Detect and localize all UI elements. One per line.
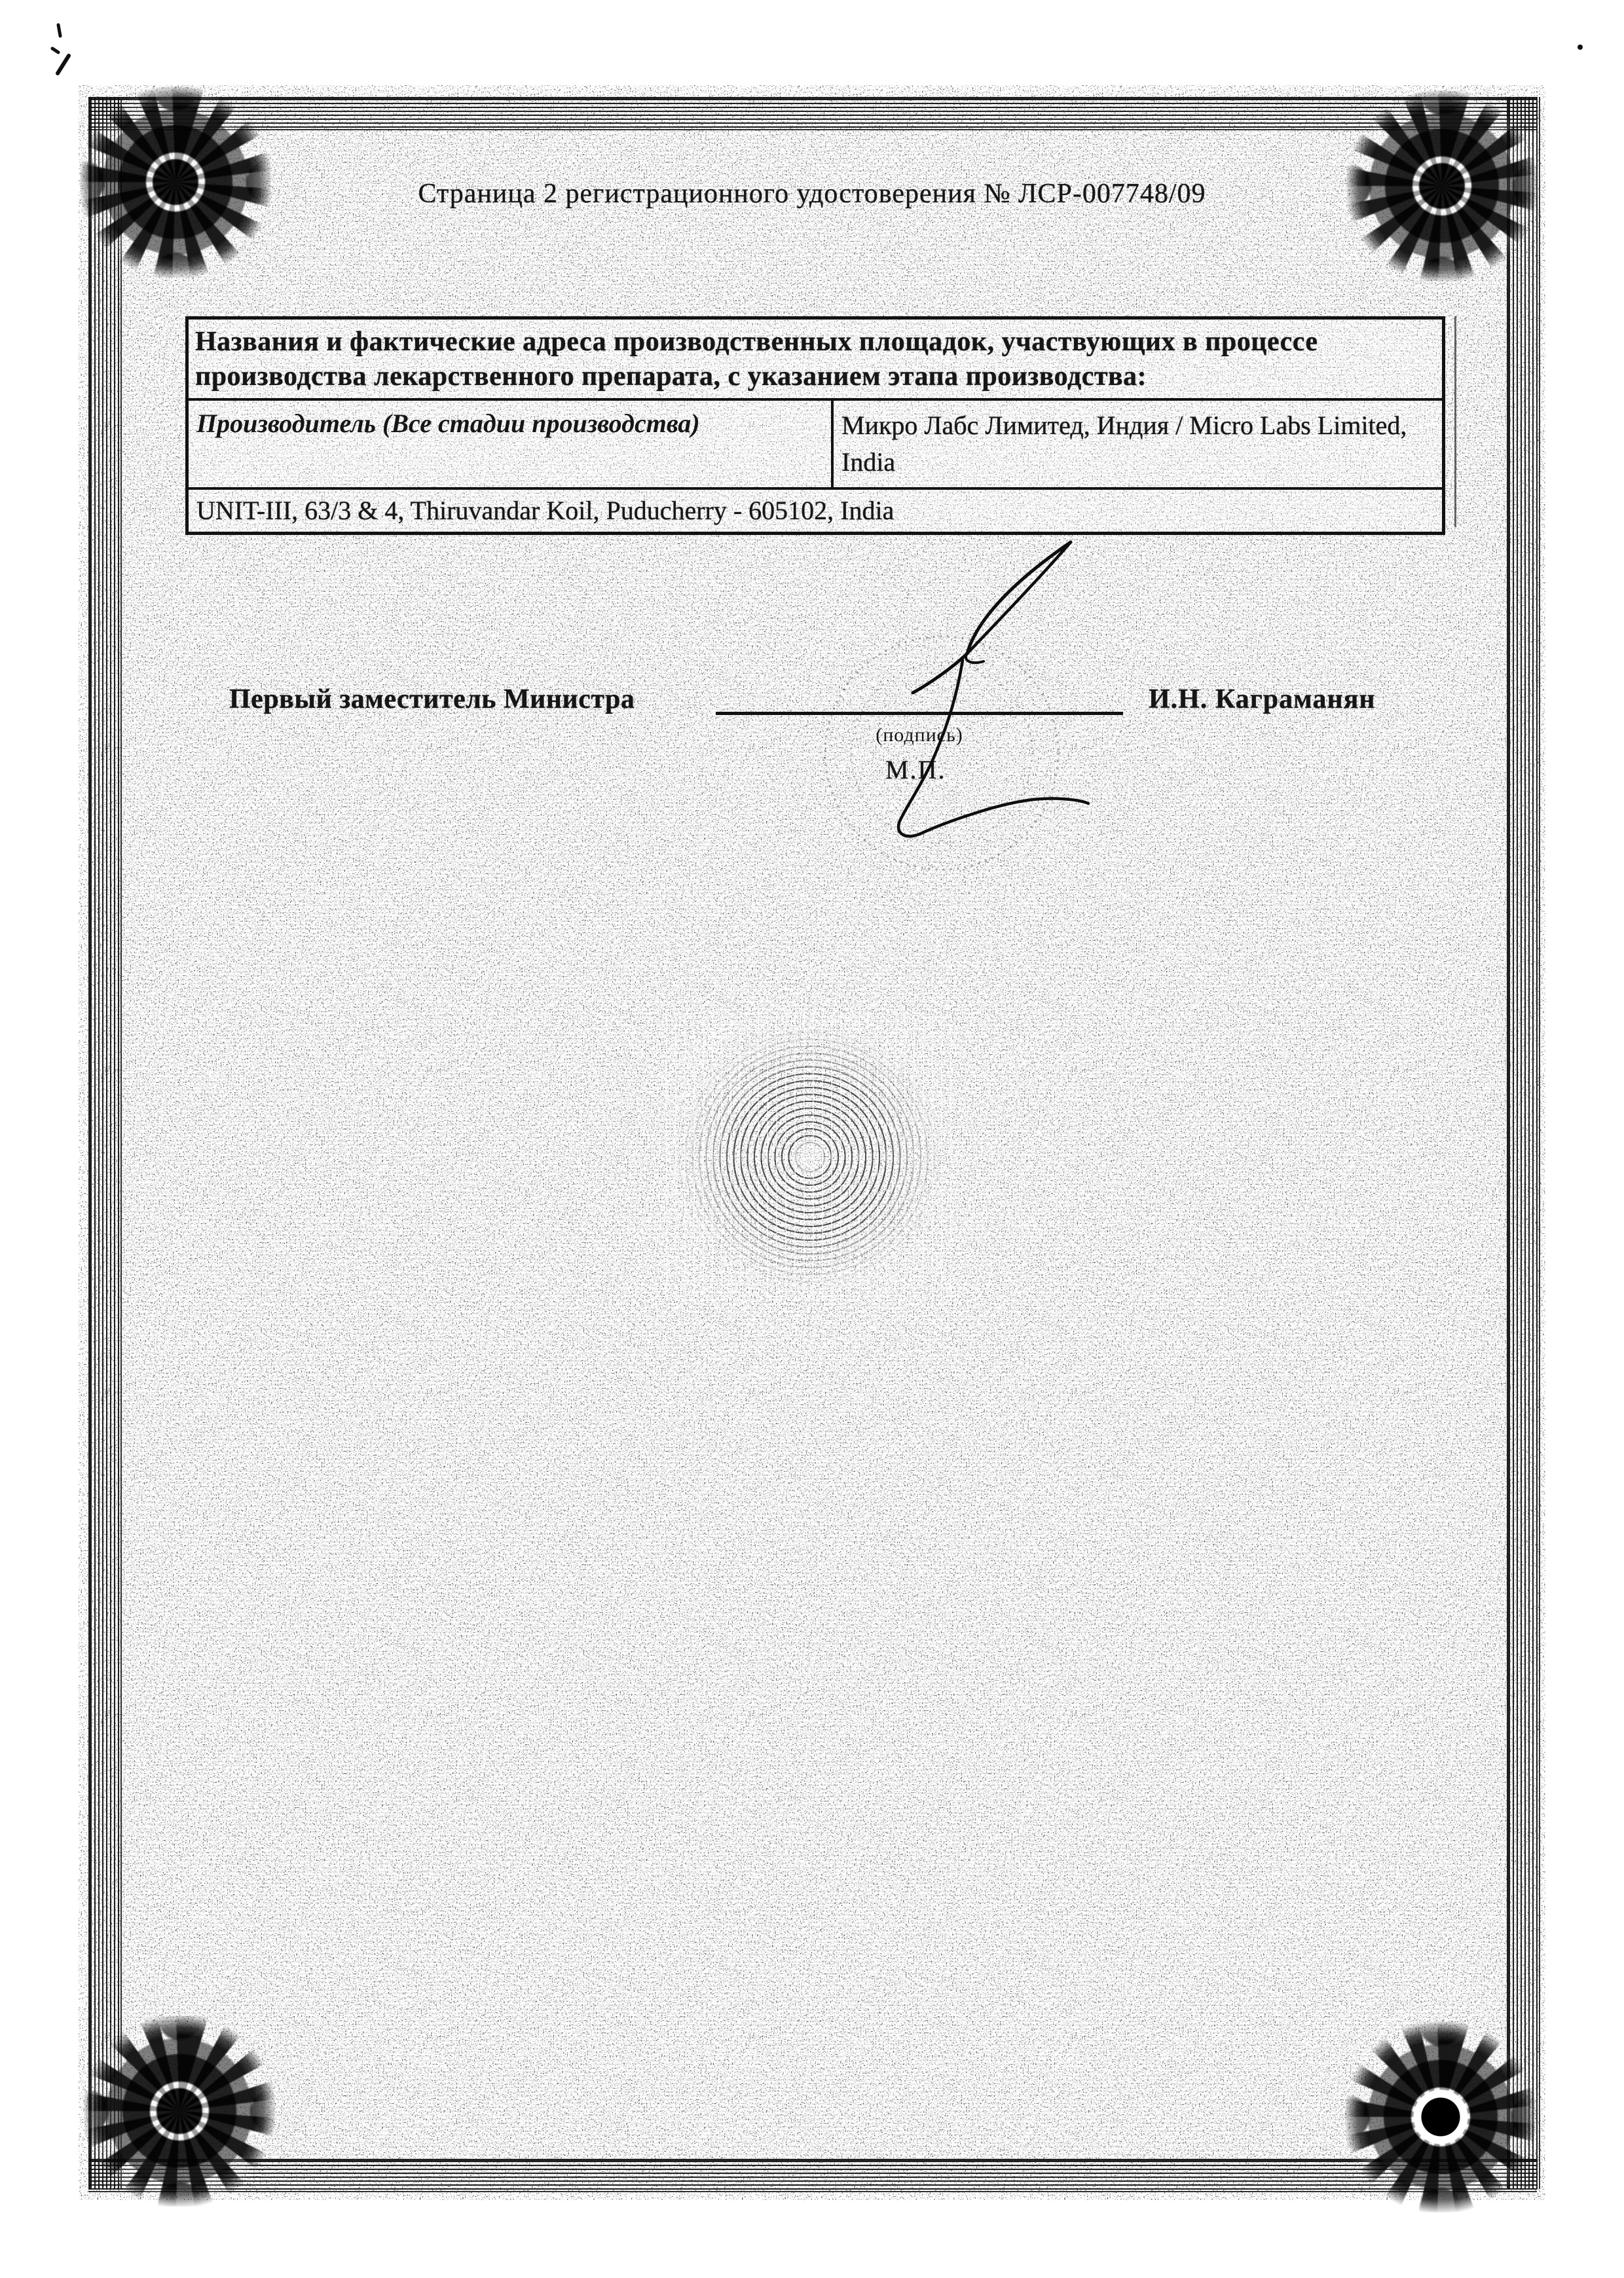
signature-and-stamp-overlay xyxy=(0,0,1624,2278)
signature-stroke xyxy=(898,542,1088,836)
scanned-certificate-page: Страница 2 регистрационного удостоверени… xyxy=(0,0,1624,2278)
ink-stamp xyxy=(825,636,1058,870)
